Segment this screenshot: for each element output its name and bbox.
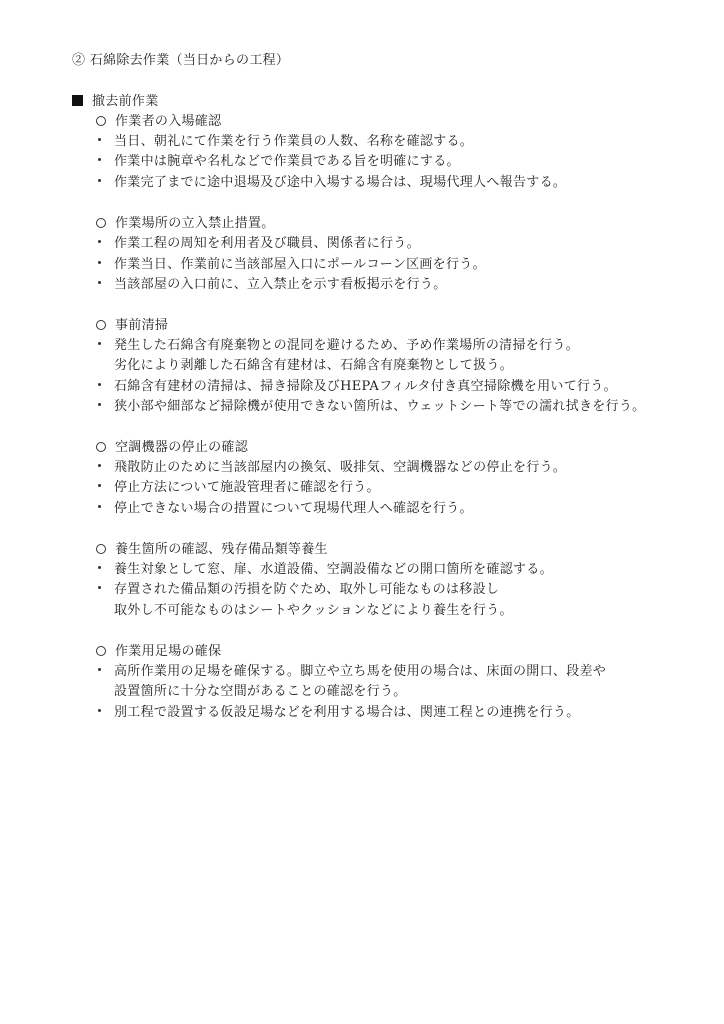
subsection-heading: 作業場所の立入禁止措置。 (96, 216, 275, 232)
bullet-dot-icon (98, 261, 101, 264)
list-item-text: 養生対象として窓、扉、水道設備、空調設備などの開口箇所を確認する。 (114, 562, 553, 577)
subsection-heading: 作業者の入場確認 (96, 114, 221, 130)
subsection-heading-text: 空調機器の停止の確認 (115, 440, 248, 455)
black-square-icon (72, 95, 83, 106)
circle-bullet-icon (96, 544, 106, 554)
list-item-continuation: 取外し不可能なものはシートやクッションなどにより養生を行う。 (114, 603, 513, 619)
list-item-text: 発生した石綿含有廃棄物との混同を避けるため、予め作業場所の清掃を行う。 (114, 338, 579, 353)
list-item: 養生対象として窓、扉、水道設備、空調設備などの開口箇所を確認する。 (98, 562, 553, 578)
bullet-dot-icon (98, 403, 101, 406)
list-item: 狭小部や細部など掃除機が使用できない箇所は、ウェットシート等での濡れ拭きを行う。 (98, 399, 645, 415)
bullet-dot-icon (98, 505, 101, 508)
list-item-text: 当該部屋の入口前に、立入禁止を示す看板掲示を行う。 (114, 277, 447, 292)
circle-bullet-icon (96, 218, 106, 228)
bullet-dot-icon (98, 342, 101, 345)
list-item: 当日、朝礼にて作業を行う作業員の人数、名称を確認する。 (98, 134, 473, 150)
list-item: 作業当日、作業前に当該部屋入口にポールコーン区画を行う。 (98, 257, 486, 273)
list-item-text: 高所作業用の足場を確保する。脚立や立ち馬を使用の場合は、床面の開口、段差や (114, 664, 606, 679)
list-item-text: 狭小部や細部など掃除機が使用できない箇所は、ウェットシート等での濡れ拭きを行う。 (114, 399, 645, 414)
list-item-text: 別工程で設置する仮設足場などを利用する場合は、関連工程との連携を行う。 (114, 705, 580, 720)
list-item-text: 存置された備品類の汚損を防ぐため、取外し可能なものは移設し (114, 582, 499, 597)
bullet-dot-icon (98, 158, 101, 161)
list-item-text: 石綿含有建材の清掃は、掃き掃除及びHEPAフィルタ付き真空掃除機を用いて行う。 (114, 379, 617, 394)
circle-bullet-icon (96, 442, 106, 452)
bullet-dot-icon (98, 484, 101, 487)
list-item: 飛散防止のために当該部屋内の換気、吸排気、空調機器などの停止を行う。 (98, 460, 566, 476)
list-item: 作業中は腕章や名札などで作業員である旨を明確にする。 (98, 154, 460, 170)
bullet-dot-icon (98, 464, 101, 467)
list-item: 停止できない場合の措置について現場代理人へ確認を行う。 (98, 501, 473, 517)
list-item-text: 作業当日、作業前に当該部屋入口にポールコーン区画を行う。 (114, 257, 486, 272)
subsection-heading-text: 作業者の入場確認 (115, 114, 221, 129)
section-heading-text: 撤去前作業 (92, 94, 159, 109)
subsection-heading-text: 作業用足場の確保 (115, 644, 221, 659)
subsection-heading: 空調機器の停止の確認 (96, 440, 248, 456)
bullet-dot-icon (98, 586, 101, 589)
list-item-text: 当日、朝礼にて作業を行う作業員の人数、名称を確認する。 (114, 134, 473, 149)
bullet-dot-icon (98, 281, 101, 284)
list-item: 発生した石綿含有廃棄物との混同を避けるため、予め作業場所の清掃を行う。 (98, 338, 579, 354)
list-item: 停止方法について施設管理者に確認を行う。 (98, 480, 380, 496)
bullet-dot-icon (98, 240, 101, 243)
subsection-heading: 養生箇所の確認、残存備品類等養生 (96, 542, 328, 558)
subsection-heading-text: 養生箇所の確認、残存備品類等養生 (115, 542, 328, 557)
list-item-text: 飛散防止のために当該部屋内の換気、吸排気、空調機器などの停止を行う。 (114, 460, 566, 475)
list-item-continuation: 設置箇所に十分な空間があることの確認を行う。 (114, 684, 407, 700)
list-item: 存置された備品類の汚損を防ぐため、取外し可能なものは移設し (98, 582, 499, 598)
circle-bullet-icon (96, 320, 106, 330)
subsection-heading-text: 作業場所の立入禁止措置。 (115, 216, 275, 231)
list-item-text: 停止方法について施設管理者に確認を行う。 (114, 480, 380, 495)
bullet-dot-icon (98, 179, 101, 182)
document-title: ② 石綿除去作業（当日からの工程） (72, 53, 289, 69)
bullet-dot-icon (98, 383, 101, 386)
list-item-text: 作業工程の周知を利用者及び職員、関係者に行う。 (114, 236, 420, 251)
bullet-dot-icon (98, 566, 101, 569)
subsection-heading: 作業用足場の確保 (96, 644, 221, 660)
list-item-text: 作業完了までに途中退場及び途中入場する場合は、現場代理人へ報告する。 (114, 175, 566, 190)
list-item-text: 停止できない場合の措置について現場代理人へ確認を行う。 (114, 501, 473, 516)
bullet-dot-icon (98, 709, 101, 712)
list-item: 作業工程の周知を利用者及び職員、関係者に行う。 (98, 236, 420, 252)
section-heading: 撤去前作業 (72, 94, 159, 110)
document-page: ② 石綿除去作業（当日からの工程） 撤去前作業 作業者の入場確認 当日、朝礼にて… (0, 0, 724, 1024)
list-item: 石綿含有建材の清掃は、掃き掃除及びHEPAフィルタ付き真空掃除機を用いて行う。 (98, 379, 617, 395)
bullet-dot-icon (98, 668, 101, 671)
list-item: 高所作業用の足場を確保する。脚立や立ち馬を使用の場合は、床面の開口、段差や (98, 664, 606, 680)
bullet-dot-icon (98, 138, 101, 141)
circle-bullet-icon (96, 646, 106, 656)
list-item-text: 作業中は腕章や名札などで作業員である旨を明確にする。 (114, 154, 460, 169)
list-item: 別工程で設置する仮設足場などを利用する場合は、関連工程との連携を行う。 (98, 705, 580, 721)
subsection-heading: 事前清掃 (96, 318, 168, 334)
subsection-heading-text: 事前清掃 (115, 318, 168, 333)
list-item-continuation: 劣化により剥離した石綿含有建材は、石綿含有廃棄物として扱う。 (114, 358, 513, 374)
circle-bullet-icon (96, 116, 106, 126)
list-item: 作業完了までに途中退場及び途中入場する場合は、現場代理人へ報告する。 (98, 175, 566, 191)
list-item: 当該部屋の入口前に、立入禁止を示す看板掲示を行う。 (98, 277, 447, 293)
